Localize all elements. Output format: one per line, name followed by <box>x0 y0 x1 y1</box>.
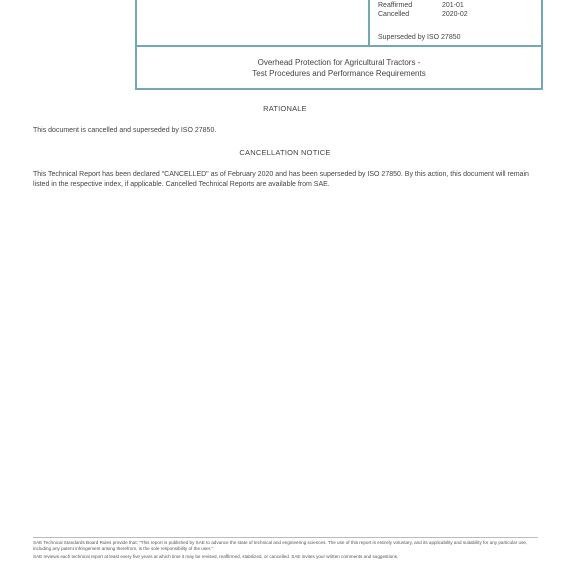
document-title: Overhead Protection for Agricultural Tra… <box>137 47 541 88</box>
meta-value: 201-01 <box>442 2 464 9</box>
document-header-frame: Reaffirmed201-01 Cancelled2020-02 Supers… <box>135 0 543 90</box>
meta-value: 2020-02 <box>442 11 468 18</box>
footer-paragraph-1: SAE Technical Standards Board Rules prov… <box>33 540 538 552</box>
cancellation-text: This Technical Report has been declared … <box>33 170 538 189</box>
meta-cancelled: Cancelled2020-02 <box>378 11 468 18</box>
footer-paragraph-2: SAE reviews each technical report at lea… <box>33 554 538 560</box>
title-line-2: Test Procedures and Performance Requirem… <box>137 68 541 79</box>
meta-label: Reaffirmed <box>378 2 442 9</box>
superseded-by: Superseded by ISO 27850 <box>378 34 461 41</box>
rationale-heading: RATIONALE <box>0 104 570 113</box>
header-logo-cell <box>137 0 370 45</box>
header-meta-cell: Reaffirmed201-01 Cancelled2020-02 Supers… <box>370 0 541 45</box>
meta-label: Cancelled <box>378 11 442 18</box>
rationale-text: This document is cancelled and supersede… <box>33 126 538 136</box>
footer-notice: SAE Technical Standards Board Rules prov… <box>33 540 538 561</box>
title-line-1: Overhead Protection for Agricultural Tra… <box>137 57 541 68</box>
footer-divider <box>33 537 538 538</box>
meta-reaffirmed: Reaffirmed201-01 <box>378 2 464 9</box>
header-top-row: Reaffirmed201-01 Cancelled2020-02 Supers… <box>137 0 541 47</box>
cancellation-heading: CANCELLATION NOTICE <box>0 148 570 157</box>
